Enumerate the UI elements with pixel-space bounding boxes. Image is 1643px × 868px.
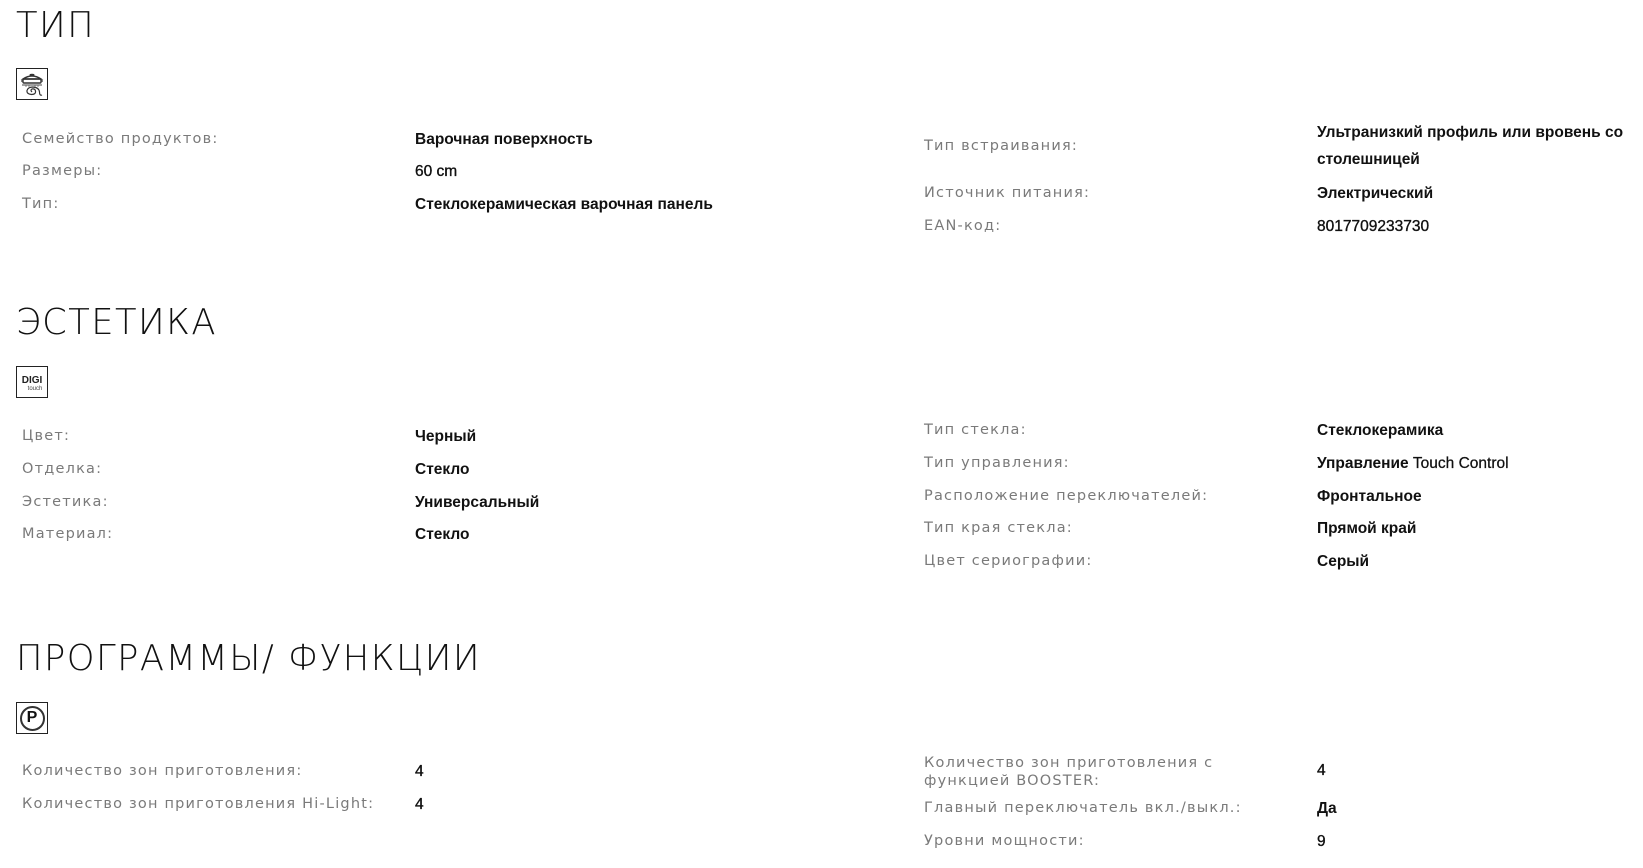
spec-value: Фронтальное [1317,483,1422,510]
spec-label: Тип: [22,195,59,213]
cooktop-icon [16,68,48,100]
digi-touch-icon-top: DIGI [22,376,43,386]
spec-value: Стеклокерамика [1317,417,1443,444]
spec-value: Ультранизкий профиль или вровень со стол… [1317,119,1643,173]
spec-label: Размеры: [22,162,102,180]
spec-value: 4 [415,791,424,818]
spec-label: Уровни мощности: [924,832,1085,850]
spec-label: Цвет сериографии: [924,552,1092,570]
spec-label: Эстетика: [22,493,109,511]
spec-label: Количество зон приготовления с функцией … [924,754,1224,790]
digi-touch-icon-bottom: touch [28,386,43,392]
spec-label: Тип стекла: [924,421,1027,439]
spec-label: Количество зон приготовления: [22,762,302,780]
spec-value: Черный [415,423,476,450]
spec-label: Отделка: [22,460,102,478]
spec-label: Расположение переключателей: [924,487,1208,505]
spec-value: 60 cm [415,158,457,185]
section-title: ТИП [16,8,95,44]
spec-label: EAN-код: [924,217,1001,235]
spec-label: Количество зон приготовления Hi-Light: [22,795,374,813]
spec-value: Управление Touch Control [1317,450,1509,477]
programs-p-letter: P [27,710,38,726]
spec-label: Тип края стекла: [924,519,1073,537]
spec-value: 8017709233730 [1317,213,1429,240]
spec-label: Тип управления: [924,454,1070,472]
spec-value-suffix: Touch Control [1413,455,1509,472]
spec-value: Стекло [415,521,469,548]
spec-label: Материал: [22,525,113,543]
spec-value: Прямой край [1317,515,1416,542]
spec-value: 4 [1317,757,1326,784]
spec-value: Варочная поверхность [415,126,593,153]
spec-value: Серый [1317,548,1369,575]
spec-value: Да [1317,795,1337,822]
spec-label: Тип встраивания: [924,137,1078,155]
spec-value: Стеклокерамическая варочная панель [415,191,713,218]
spec-value: Стекло [415,456,469,483]
programs-p-circle: P [20,706,45,731]
spec-value: 4 [415,758,424,785]
spec-label: Цвет: [22,427,70,445]
spec-value: Электрический [1317,180,1433,207]
section-title: ПРОГРАММЫ/ ФУНКЦИИ [16,641,481,677]
spec-label: Источник питания: [924,184,1090,202]
spec-value: 9 [1317,828,1326,855]
section-title: ЭСТЕТИКА [16,305,217,341]
programs-p-icon: P [16,702,48,734]
digi-touch-icon: DIGI touch [16,366,48,398]
spec-value-main: Управление [1317,455,1409,472]
spec-value: Универсальный [415,489,539,516]
spec-label: Семейство продуктов: [22,130,218,148]
spec-label: Главный переключатель вкл./выкл.: [924,799,1242,817]
